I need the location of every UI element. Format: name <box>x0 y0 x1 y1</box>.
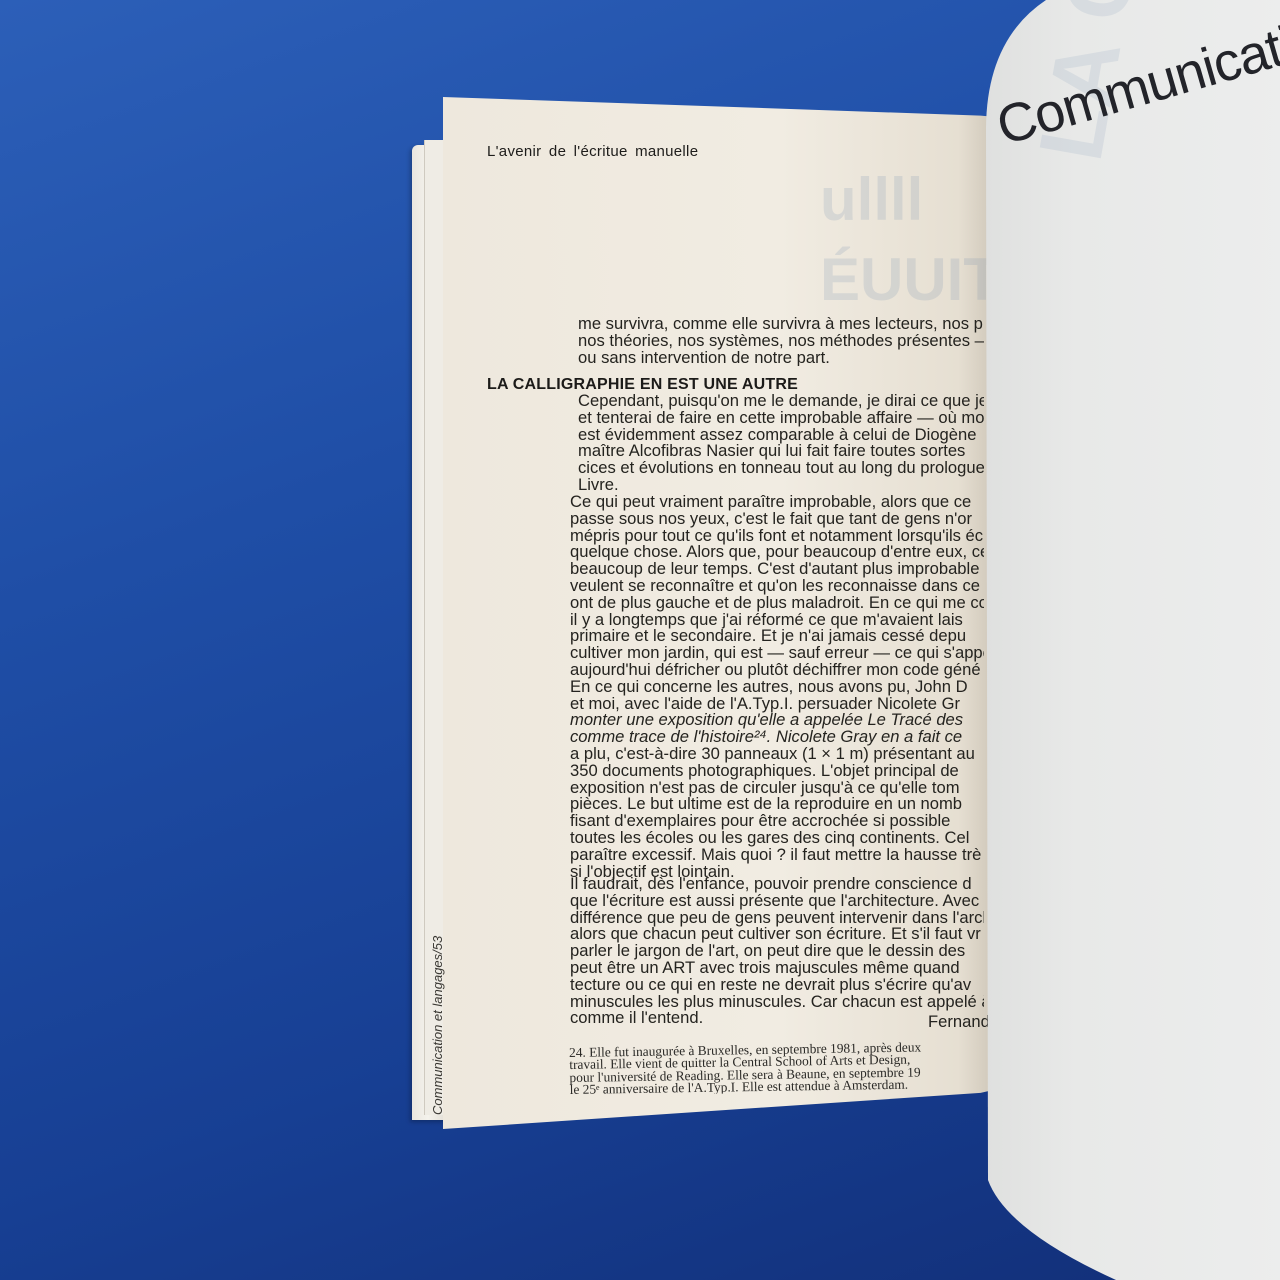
text-line: cices et évolutions en tonneau tout au l… <box>578 460 984 477</box>
running-head: L'avenir de l'écritue manuelle <box>487 143 698 160</box>
text-line: paraître excessif. Mais quoi ? il faut m… <box>570 847 984 864</box>
author-signature: Fernand <box>928 1012 990 1032</box>
intro-paragraph: me survivra, comme elle survivra à mes l… <box>578 316 984 366</box>
text-line: comme il l'entend. <box>570 1010 984 1027</box>
footnote: 24. Elle fut inaugurée à Bruxelles, en s… <box>569 1040 984 1096</box>
paragraph-2: Ce qui peut vraiment paraître improbable… <box>570 494 984 880</box>
paragraph-1: Cependant, puisqu'on me le demande, je d… <box>578 393 984 494</box>
page-folio: Communication et langages/53 <box>430 936 445 1115</box>
right-page <box>986 0 1280 1280</box>
section-heading: LA CALLIGRAPHIE EN EST UNE AUTRE <box>487 376 798 394</box>
text-line: Livre. <box>578 477 984 494</box>
paragraph-3: Il faudrait, dès l'enfance, pouvoir pren… <box>570 876 984 1027</box>
text-line: ou sans intervention de notre part. <box>578 350 984 367</box>
